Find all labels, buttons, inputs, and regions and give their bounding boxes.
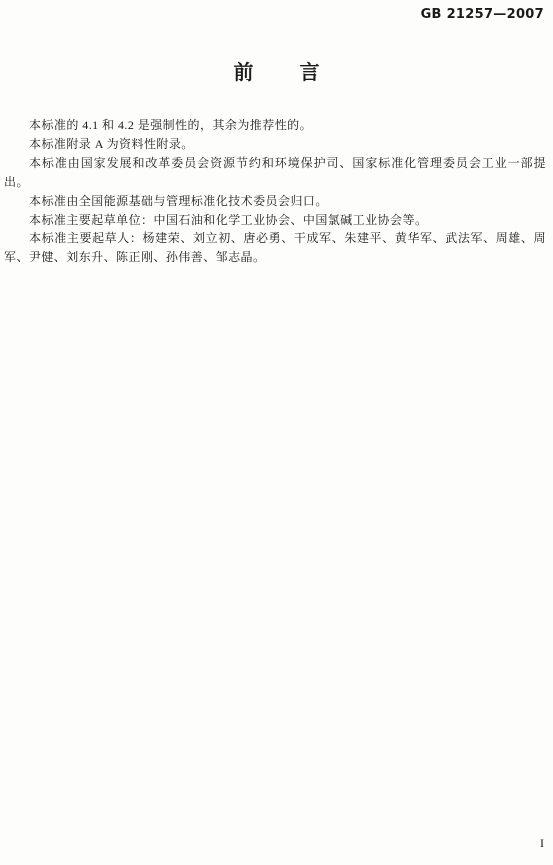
title-char-yan: 言 (300, 60, 320, 84)
page-title: 前 言 (0, 60, 553, 84)
page-number: I (540, 836, 544, 851)
paragraph-centralized-by: 本标准由全国能源基础与管理标准化技术委员会归口。 (4, 192, 546, 211)
paragraph-proposed-by: 本标准由国家发展和改革委员会资源节约和环境保护司、国家标准化管理委员会工业一部提… (4, 154, 546, 192)
paragraph-drafters: 本标准主要起草人：杨建荣、刘立初、唐必勇、干成军、朱建平、黄华军、武法军、周雄、… (4, 229, 546, 267)
standard-number: GB 21257—2007 (421, 7, 544, 22)
title-char-qian: 前 (234, 60, 254, 84)
foreword-body: 本标准的 4.1 和 4.2 是强制性的，其余为推荐性的。 本标准附录 A 为资… (4, 116, 546, 267)
paragraph-annex-note: 本标准附录 A 为资料性附录。 (4, 135, 546, 154)
paragraph-normative-scope: 本标准的 4.1 和 4.2 是强制性的，其余为推荐性的。 (4, 116, 546, 135)
paragraph-drafting-organizations: 本标准主要起草单位：中国石油和化学工业协会、中国氯碱工业协会等。 (4, 211, 546, 230)
document-page: GB 21257—2007 前 言 本标准的 4.1 和 4.2 是强制性的，其… (0, 0, 553, 865)
